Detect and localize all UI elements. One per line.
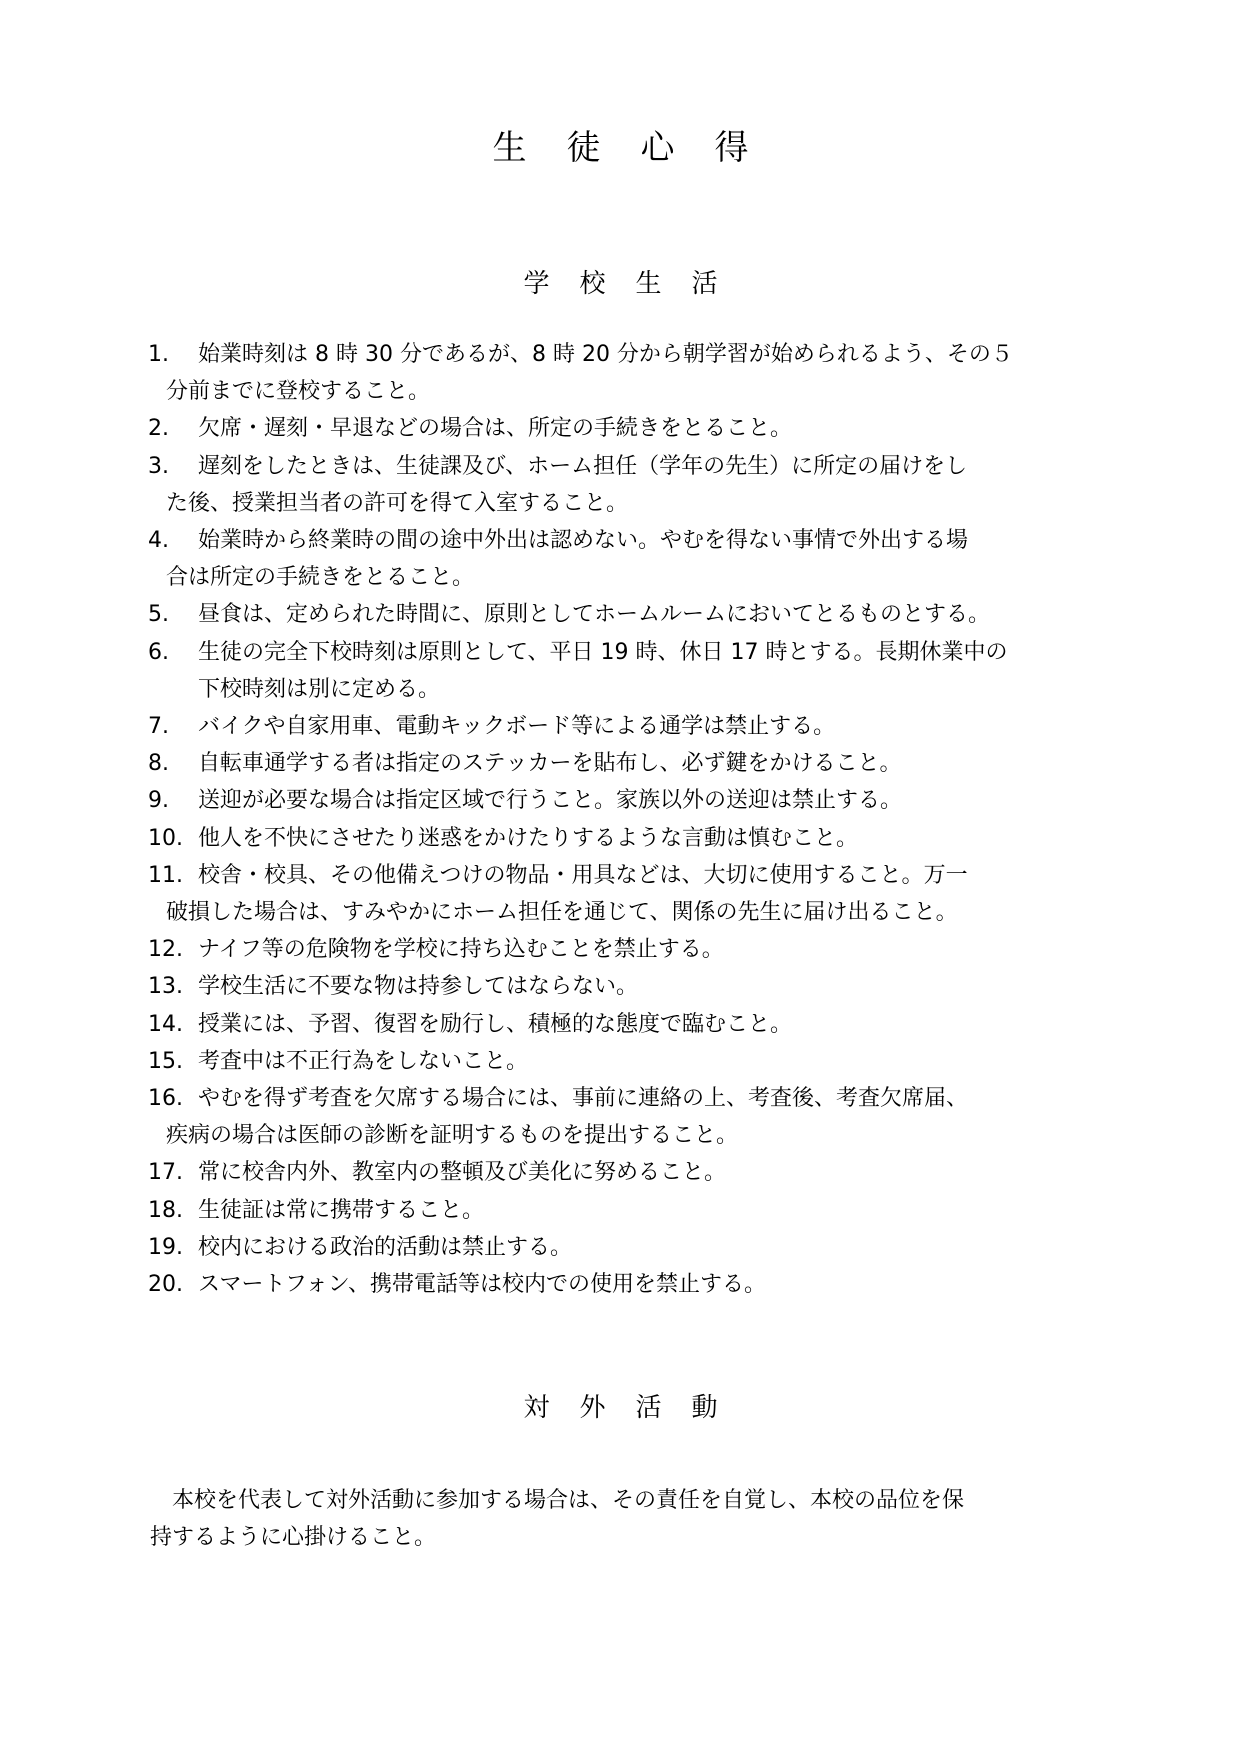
rule-item: 17.常に校舎内外、教室内の整頓及び美化に努めること。	[148, 1154, 1108, 1191]
rule-item: 15.考査中は不正行為をしないこと。	[148, 1043, 1108, 1080]
rule-item: 9.送迎が必要な場合は指定区域で行うこと。家族以外の送迎は禁止する。	[148, 782, 1108, 819]
rule-text-line: 自転車通学する者は指定のステッカーを貼布し、必ず鍵をかけること。	[198, 745, 1108, 782]
rule-number: 14.	[148, 1006, 194, 1043]
section-heading-school-life: 学校生活	[0, 268, 1241, 300]
rule-number: 15.	[148, 1043, 194, 1080]
rule-item: 8.自転車通学する者は指定のステッカーを貼布し、必ず鍵をかけること。	[148, 745, 1108, 782]
rule-item: 13.学校生活に不要な物は持参してはならない。	[148, 968, 1108, 1005]
rule-text-line: 始業時から終業時の間の途中外出は認めない。やむを得ない事情で外出する場	[198, 522, 1108, 559]
rule-text-line: 常に校舎内外、教室内の整頓及び美化に努めること。	[198, 1154, 1108, 1191]
rule-number: 2.	[148, 410, 194, 447]
rule-text-line: 破損した場合は、すみやかにホーム担任を通じて、関係の先生に届け出ること。	[148, 894, 1108, 931]
rule-text-line: 昼食は、定められた時間に、原則としてホームルームにおいてとるものとする。	[198, 596, 1108, 633]
rule-number: 10.	[148, 820, 194, 857]
external-activities-paragraph: 本校を代表して対外活動に参加する場合は、その責任を自覚し、本校の品位を保 持する…	[150, 1482, 1110, 1556]
rule-text-line: 欠席・遅刻・早退などの場合は、所定の手続きをとること。	[198, 410, 1108, 447]
rule-number: 19.	[148, 1229, 194, 1266]
rule-item: 14.授業には、予習、復習を励行し、積極的な態度で臨むこと。	[148, 1006, 1108, 1043]
rule-text-line: ナイフ等の危険物を学校に持ち込むことを禁止する。	[198, 931, 1108, 968]
rule-number: 16.	[148, 1080, 194, 1117]
document-title: 生徒心得	[0, 128, 1241, 168]
rule-item: 3.遅刻をしたときは、生徒課及び、ホーム担任（学年の先生）に所定の届けをした後、…	[148, 448, 1108, 522]
rule-text-line: 学校生活に不要な物は持参してはならない。	[198, 968, 1108, 1005]
rule-number: 1.	[148, 336, 194, 373]
section-heading-external-activities: 対外活動	[0, 1392, 1241, 1424]
rule-text-line: 送迎が必要な場合は指定区域で行うこと。家族以外の送迎は禁止する。	[198, 782, 1108, 819]
rule-number: 11.	[148, 857, 194, 894]
document-page: 生徒心得 学校生活 1.始業時刻は 8 時 30 分であるが、8 時 20 分か…	[0, 0, 1241, 1755]
rule-text-line: バイクや自家用車、電動キックボード等による通学は禁止する。	[198, 708, 1108, 745]
rule-text-line: スマートフォン、携帯電話等は校内での使用を禁止する。	[198, 1266, 1108, 1303]
school-life-rules-list: 1.始業時刻は 8 時 30 分であるが、8 時 20 分から朝学習が始められる…	[148, 336, 1108, 1303]
rule-item: 7.バイクや自家用車、電動キックボード等による通学は禁止する。	[148, 708, 1108, 745]
rule-number: 8.	[148, 745, 194, 782]
rule-text-line: 生徒の完全下校時刻は原則として、平日 19 時、休日 17 時とする。長期休業中…	[198, 634, 1108, 671]
rule-item: 5.昼食は、定められた時間に、原則としてホームルームにおいてとるものとする。	[148, 596, 1108, 633]
rule-text-line: た後、授業担当者の許可を得て入室すること。	[148, 485, 1108, 522]
rule-item: 2.欠席・遅刻・早退などの場合は、所定の手続きをとること。	[148, 410, 1108, 447]
rule-number: 6.	[148, 634, 194, 671]
rule-item: 12.ナイフ等の危険物を学校に持ち込むことを禁止する。	[148, 931, 1108, 968]
rule-item: 20.スマートフォン、携帯電話等は校内での使用を禁止する。	[148, 1266, 1108, 1303]
rule-text-line: 始業時刻は 8 時 30 分であるが、8 時 20 分から朝学習が始められるよう…	[198, 336, 1108, 373]
rule-item: 6.生徒の完全下校時刻は原則として、平日 19 時、休日 17 時とする。長期休…	[148, 634, 1108, 708]
rule-item: 1.始業時刻は 8 時 30 分であるが、8 時 20 分から朝学習が始められる…	[148, 336, 1108, 410]
rule-number: 9.	[148, 782, 194, 819]
rule-text-line: 生徒証は常に携帯すること。	[198, 1192, 1108, 1229]
rule-text-line: 授業には、予習、復習を励行し、積極的な態度で臨むこと。	[198, 1006, 1108, 1043]
rule-text-line: 遅刻をしたときは、生徒課及び、ホーム担任（学年の先生）に所定の届けをし	[198, 448, 1108, 485]
rule-number: 18.	[148, 1192, 194, 1229]
rule-number: 17.	[148, 1154, 194, 1191]
rule-number: 20.	[148, 1266, 194, 1303]
rule-number: 13.	[148, 968, 194, 1005]
rule-item: 10.他人を不快にさせたり迷惑をかけたりするような言動は慎むこと。	[148, 820, 1108, 857]
rule-number: 5.	[148, 596, 194, 633]
rule-text-line: 考査中は不正行為をしないこと。	[198, 1043, 1108, 1080]
rule-number: 12.	[148, 931, 194, 968]
rule-item: 11.校舎・校具、その他備えつけの物品・用具などは、大切に使用すること。万一破損…	[148, 857, 1108, 931]
rule-text-line: 校舎・校具、その他備えつけの物品・用具などは、大切に使用すること。万一	[198, 857, 1108, 894]
rule-text-line: 下校時刻は別に定める。	[198, 671, 1108, 708]
rule-item: 4.始業時から終業時の間の途中外出は認めない。やむを得ない事情で外出する場合は所…	[148, 522, 1108, 596]
rule-text-line: 疾病の場合は医師の診断を証明するものを提出すること。	[148, 1117, 1108, 1154]
paragraph-line: 本校を代表して対外活動に参加する場合は、その責任を自覚し、本校の品位を保	[150, 1482, 1110, 1519]
rule-number: 4.	[148, 522, 194, 559]
rule-item: 18.生徒証は常に携帯すること。	[148, 1192, 1108, 1229]
rule-item: 16.やむを得ず考査を欠席する場合には、事前に連絡の上、考査後、考査欠席届、疾病…	[148, 1080, 1108, 1154]
rule-text-line: やむを得ず考査を欠席する場合には、事前に連絡の上、考査後、考査欠席届、	[198, 1080, 1108, 1117]
paragraph-line: 持するように心掛けること。	[150, 1519, 1110, 1556]
rule-text-line: 合は所定の手続きをとること。	[148, 559, 1108, 596]
rule-text-line: 校内における政治的活動は禁止する。	[198, 1229, 1108, 1266]
rule-text-line: 分前までに登校すること。	[148, 373, 1108, 410]
rule-number: 7.	[148, 708, 194, 745]
rule-item: 19.校内における政治的活動は禁止する。	[148, 1229, 1108, 1266]
rule-text-line: 他人を不快にさせたり迷惑をかけたりするような言動は慎むこと。	[198, 820, 1108, 857]
rule-number: 3.	[148, 448, 194, 485]
